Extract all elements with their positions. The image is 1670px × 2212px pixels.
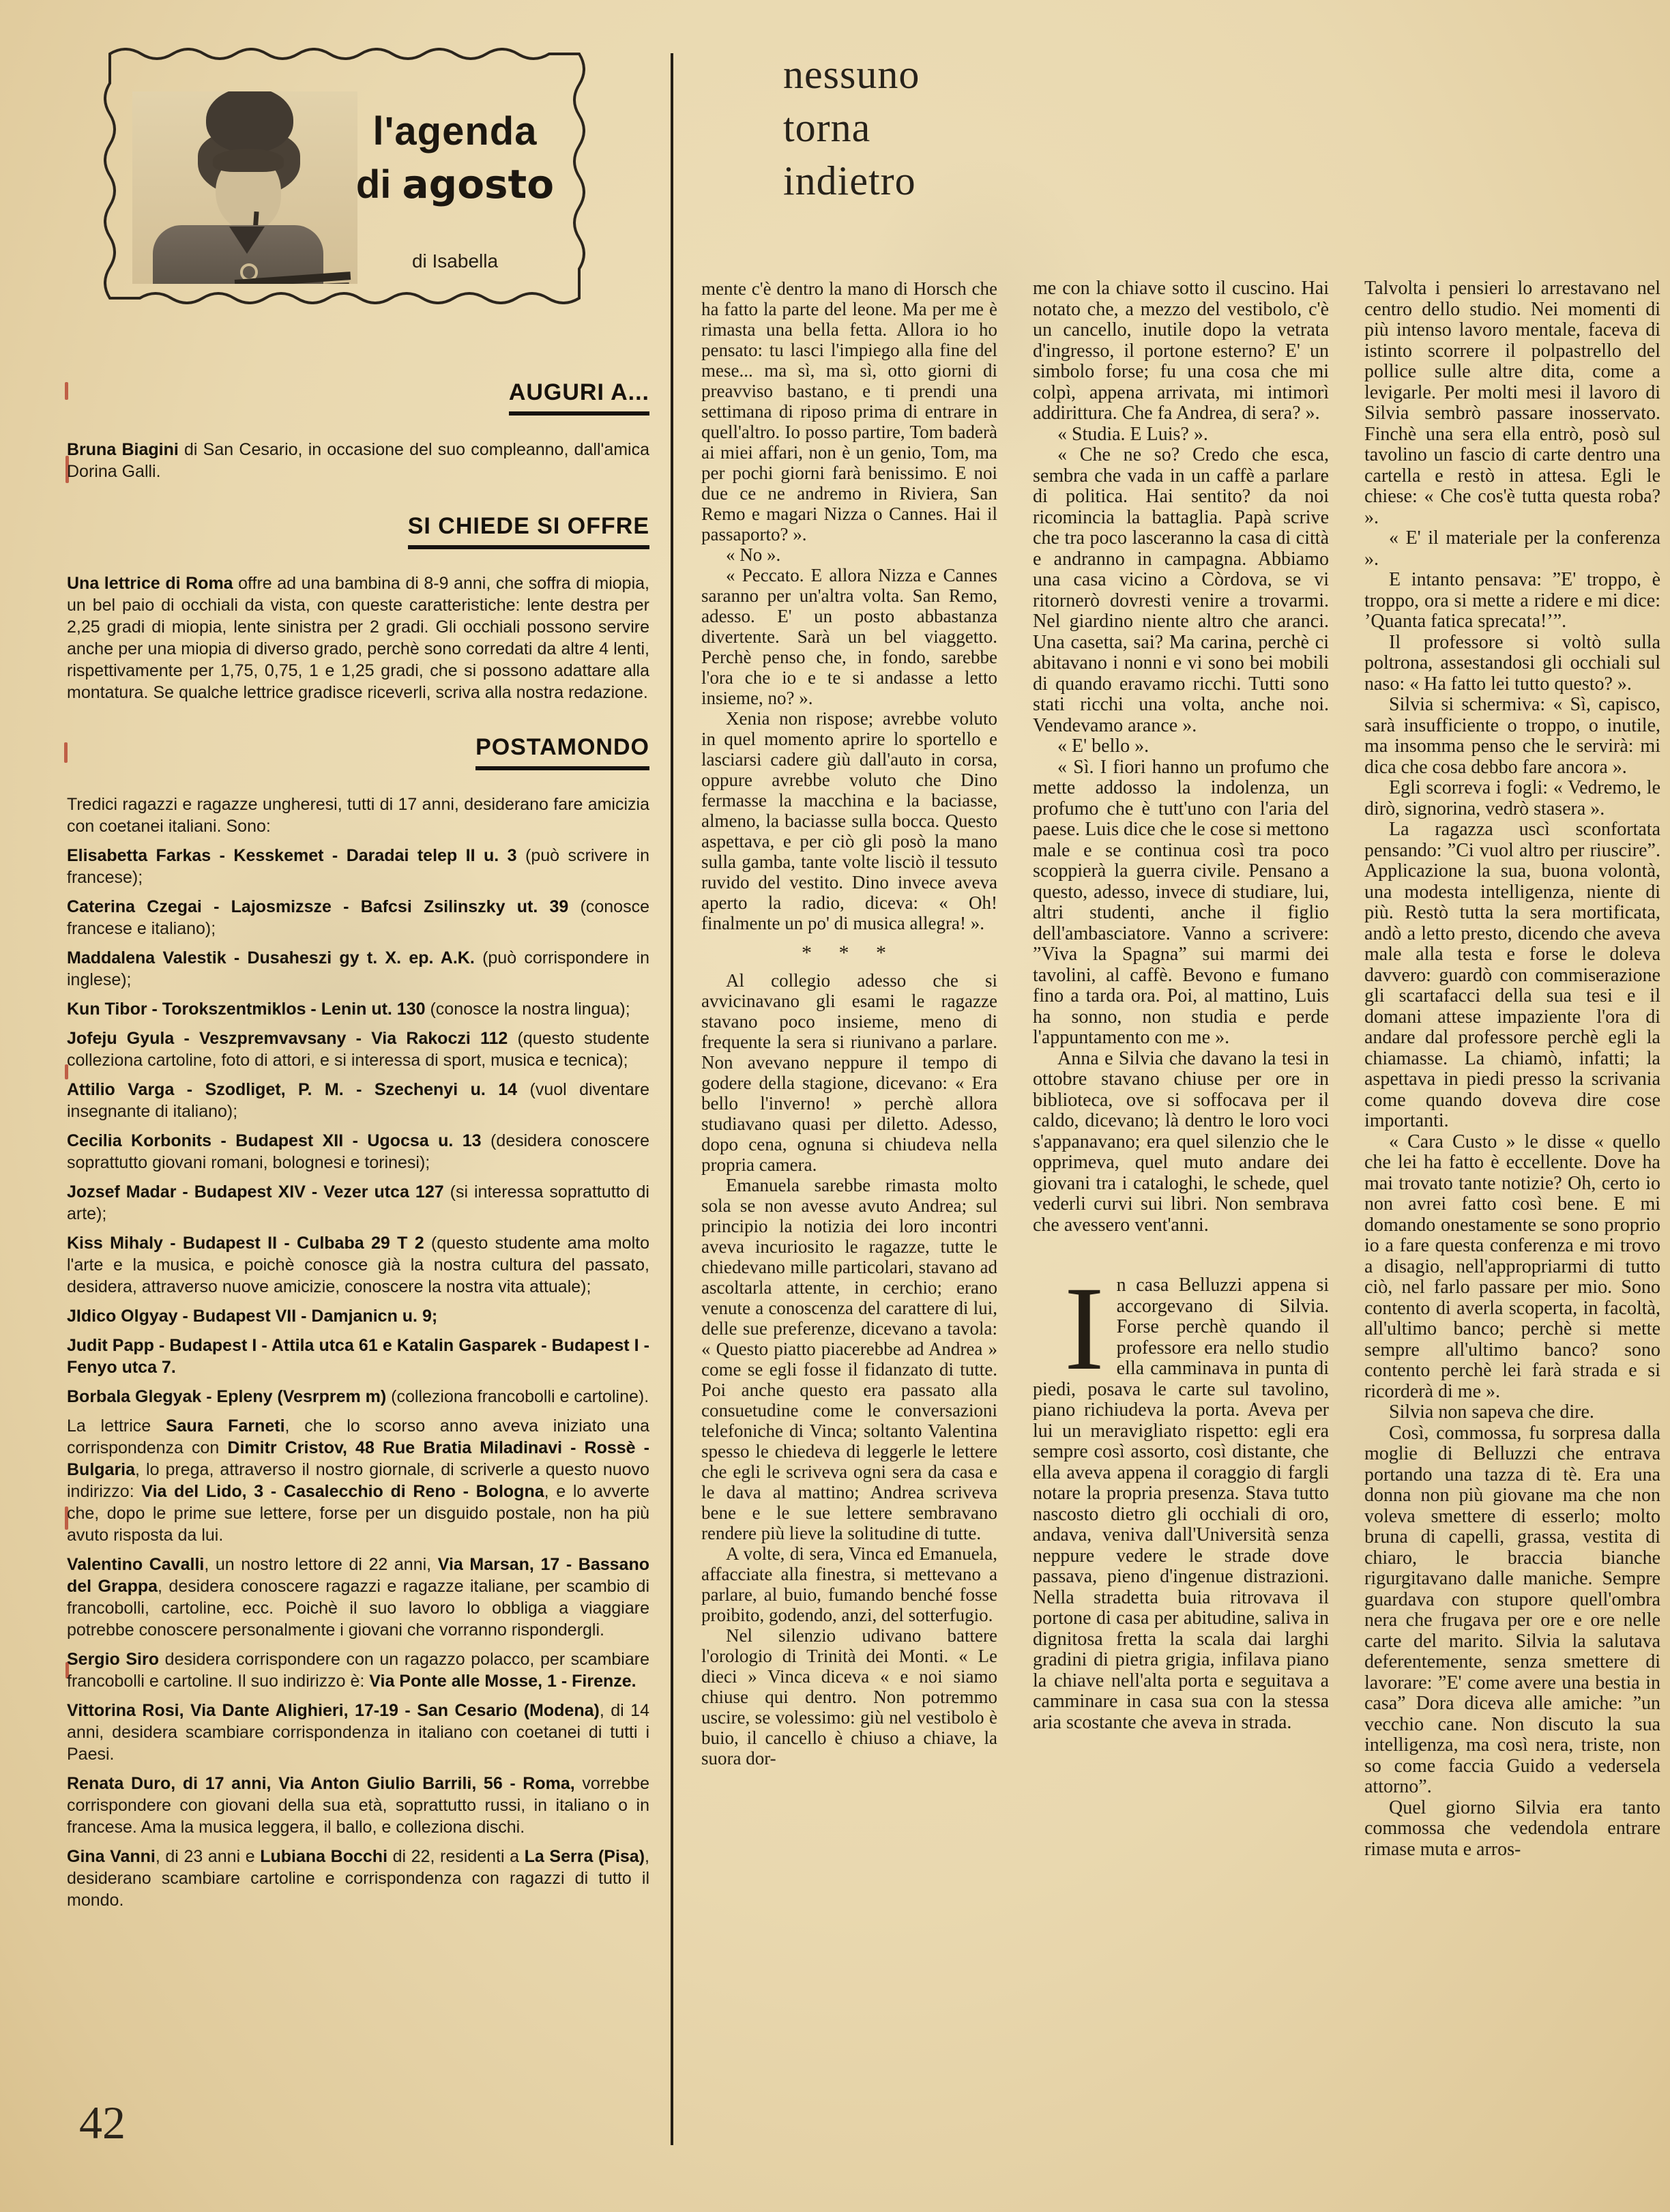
story-title: nessuno torna indietro: [783, 48, 920, 207]
classified-paragraph: Elisabetta Farkas - Kesskemet - Daradai …: [67, 845, 649, 888]
story-paragraph: E intanto pensava: ”E' troppo, è troppo,…: [1364, 570, 1660, 632]
classified-paragraph: Maddalena Valestik - Dusaheszi gy t. X. …: [67, 947, 649, 991]
story-paragraph: La ragazza uscì sconfortata pensando: ”C…: [1364, 819, 1660, 1132]
story-title-line: torna: [783, 101, 920, 154]
auguri-paragraphs: Bruna Biagini di San Cesario, in occasio…: [67, 439, 649, 482]
story-paragraph: « Cara Custo » le disse « quello che lei…: [1364, 1132, 1660, 1403]
agenda-title-line2: di agosto: [349, 156, 561, 214]
story-paragraph: Egli scorreva i fogli: « Vedremo, le dir…: [1364, 778, 1660, 819]
story-paragraph: me con la chiave sotto il cuscino. Hai n…: [1033, 278, 1329, 424]
story-title-line: nessuno: [783, 48, 920, 101]
page-number: 42: [79, 2099, 126, 2146]
story-paragraph: Xenia non rispose; avrebbe voluto in que…: [701, 708, 997, 933]
story-paragraph: Nel silenzio udivano battere l'orologio …: [701, 1625, 997, 1769]
classified-paragraph: Bruna Biagini di San Cesario, in occasio…: [67, 439, 649, 482]
classified-paragraph: Jozsef Madar - Budapest XIV - Vezer utca…: [67, 1181, 649, 1225]
si-chiede-paragraphs: Una lettrice di Roma offre ad una bambin…: [67, 572, 649, 703]
classified-paragraph: La lettrice Saura Farneti, che lo scorso…: [67, 1415, 649, 1546]
section-header-auguri: AUGURI A...: [67, 379, 649, 416]
agenda-box: l'agenda di agosto di Isabella: [104, 48, 585, 304]
classifieds-column: AUGURI A... Bruna Biagini di San Cesario…: [67, 379, 649, 1919]
classified-paragraph: Vittorina Rosi, Via Dante Alighieri, 17-…: [67, 1700, 649, 1765]
story-paragraph: Così, commossa, fu sorpresa dalla moglie…: [1364, 1423, 1660, 1798]
story-paragraph: « Sì. I fiori hanno un profumo che mette…: [1033, 757, 1329, 1049]
classified-paragraph: Cecilia Korbonits - Budapest XII - Ugocs…: [67, 1130, 649, 1174]
classified-paragraph: Valentino Cavalli, un nostro lettore di …: [67, 1554, 649, 1641]
story-paragraph: « E' il materiale per la conferenza ».: [1364, 528, 1660, 570]
classified-paragraph: Renata Duro, di 17 anni, Via Anton Giuli…: [67, 1773, 649, 1838]
story-paragraph: Silvia si schermiva: « Sì, capisco, sarà…: [1364, 695, 1660, 778]
story-paragraph: In casa Belluzzi appena si accorgevano d…: [1033, 1275, 1329, 1733]
drop-cap-letter: I: [1033, 1275, 1117, 1378]
classified-paragraph: Tredici ragazzi e ragazze ungheresi, tut…: [67, 794, 649, 837]
story-column-2: me con la chiave sotto il cuscino. Hai n…: [1033, 278, 1329, 2151]
woman-portrait-photo: [132, 91, 357, 284]
story-paragraph: « No ».: [701, 544, 997, 565]
story-paragraph: « Studia. E Luis? ».: [1033, 424, 1329, 446]
agenda-title-line1: l'agenda: [349, 108, 561, 156]
section-header-si-chiede: SI CHIEDE SI OFFRE: [67, 513, 649, 549]
story-title-line: indietro: [783, 154, 920, 207]
agenda-byline: di Isabella: [349, 250, 561, 273]
story-paragraph: « E' bello ».: [1033, 736, 1329, 757]
postamondo-paragraphs: Tredici ragazzi e ragazze ungheresi, tut…: [67, 794, 649, 1911]
story-paragraph: Il professore si voltò sulla poltrona, a…: [1364, 632, 1660, 695]
classified-paragraph: Attilio Varga - Szodliget, P. M. - Szech…: [67, 1079, 649, 1122]
agenda-title: l'agenda di agosto: [349, 108, 561, 214]
story-paragraph: Al collegio adesso che si avvicinavano g…: [701, 970, 997, 1175]
classified-paragraph: Caterina Czegai - Lajosmizsze - Bafcsi Z…: [67, 896, 649, 940]
magazine-page: { "colors": { "paper": "#e9d8af", "ink":…: [0, 0, 1670, 2212]
classified-paragraph: Una lettrice di Roma offre ad una bambin…: [67, 572, 649, 703]
classified-paragraph: Sergio Siro desidera corrispondere con u…: [67, 1648, 649, 1692]
column-divider-rule: [671, 53, 673, 2145]
story-paragraph: Quel giorno Silvia era tanto commossa ch…: [1364, 1798, 1660, 1861]
story-paragraph: « Che ne so? Credo che esca, sembra che …: [1033, 445, 1329, 736]
classified-paragraph: Kun Tibor - Torokszentmiklos - Lenin ut.…: [67, 998, 649, 1020]
story-paragraph: « Peccato. E allora Nizza e Cannes saran…: [701, 565, 997, 708]
classified-paragraph: Gina Vanni, di 23 anni e Lubiana Bocchi …: [67, 1846, 649, 1911]
section-header-postamondo: POSTAMONDO: [67, 734, 649, 770]
story-paragraph: Emanuela sarebbe rimasta molto sola se n…: [701, 1175, 997, 1543]
story-paragraph: Talvolta i pensieri lo arrestavano nel c…: [1364, 278, 1660, 528]
story-paragraph: mente c'è dentro la mano di Horsch che h…: [701, 278, 997, 544]
story-separator: * * *: [701, 943, 997, 963]
story-paragraph: Anna e Silvia che davano la tesi in otto…: [1033, 1049, 1329, 1236]
classified-paragraph: Judit Papp - Budapest I - Attila utca 61…: [67, 1335, 649, 1378]
classified-paragraph: Borbala Glegyak - Epleny (Vesrprem m) (c…: [67, 1386, 649, 1408]
classified-paragraph: Kiss Mihaly - Budapest II - Culbaba 29 T…: [67, 1232, 649, 1298]
story-column-1: mente c'è dentro la mano di Horsch che h…: [701, 278, 997, 2099]
classified-paragraph: Jofeju Gyula - Veszpremvavsany - Via Rak…: [67, 1028, 649, 1071]
classified-paragraph: JIdico Olgyay - Budapest VII - Damjanicn…: [67, 1305, 649, 1327]
story-paragraph: A volte, di sera, Vinca ed Emanuela, aff…: [701, 1543, 997, 1625]
story-column-3: Talvolta i pensieri lo arrestavano nel c…: [1364, 278, 1660, 2151]
story-paragraph: Silvia non sapeva che dire.: [1364, 1402, 1660, 1423]
